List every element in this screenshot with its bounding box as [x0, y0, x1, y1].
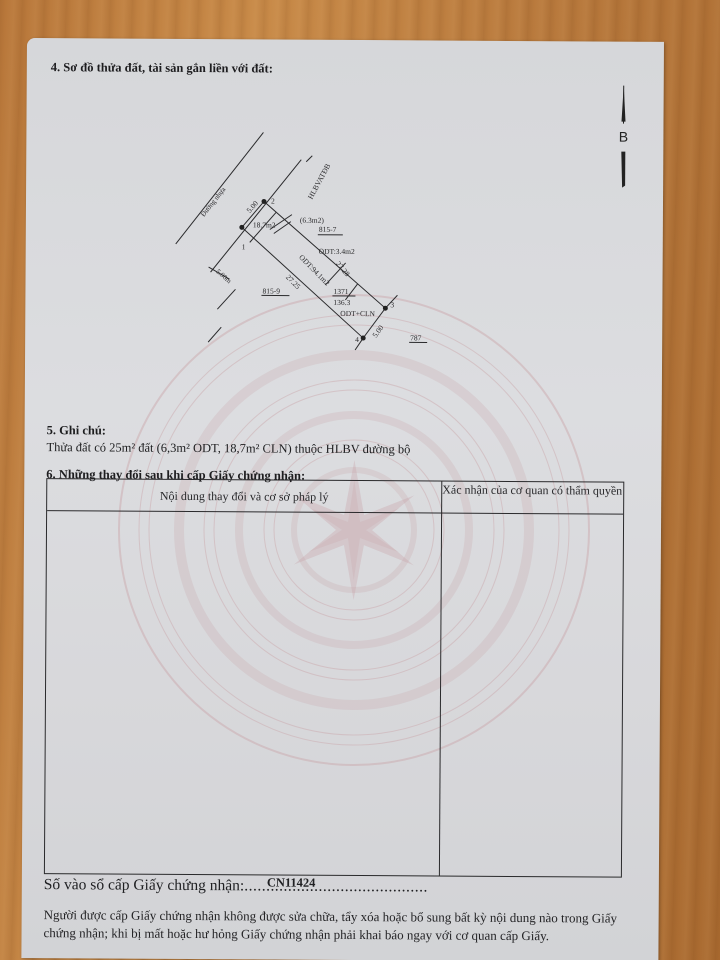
section-5-title: 5. Ghi chú:: [47, 423, 106, 438]
svg-text:5.00m: 5.00m: [214, 268, 233, 286]
svg-text:Đường nhựa: Đường nhựa: [199, 185, 228, 218]
certificate-warning: Người được cấp Giấy chứng nhận không đượ…: [43, 906, 643, 946]
registry-code: CN11424: [267, 875, 316, 890]
svg-text:1: 1: [242, 242, 246, 251]
svg-text:815-7: 815-7: [319, 225, 337, 234]
svg-text:(6.3m2): (6.3m2): [300, 216, 325, 225]
svg-text:18.7m2: 18.7m2: [253, 220, 276, 229]
changes-table: Nội dung thay đổi và cơ sở pháp lý Xác n…: [44, 478, 624, 878]
svg-text:136.3: 136.3: [333, 298, 350, 307]
svg-text:ODT:3.4m2: ODT:3.4m2: [319, 247, 355, 256]
registry-line: Số vào sổ cấp Giấy chứng nhận:..........…: [44, 876, 428, 896]
svg-text:787: 787: [410, 333, 422, 342]
svg-text:B: B: [619, 129, 628, 145]
svg-text:HLBVATĐB: HLBVATĐB: [306, 162, 332, 201]
north-arrow-icon: B: [613, 82, 634, 192]
svg-text:815-9: 815-9: [262, 286, 280, 295]
svg-text:4: 4: [355, 335, 359, 344]
column-header-change-content: Nội dung thay đổi và cơ sở pháp lý: [47, 488, 441, 505]
section-5-note: Thửa đất có 25m² đất (6,3m² ODT, 18,7m² …: [46, 440, 410, 457]
svg-text:2: 2: [271, 196, 275, 205]
svg-text:ODT+CLN: ODT+CLN: [340, 309, 375, 318]
land-certificate-page: 4. Sơ đồ thửa đất, tài sản gắn liền với …: [21, 38, 664, 960]
svg-text:27.28: 27.28: [334, 259, 352, 278]
table-column-divider: [439, 482, 442, 876]
table-header-divider: [47, 510, 623, 515]
parcel-diagram: Đường nhựa HLBVATĐB 5.00 2 18.7m2 (6.3m2…: [165, 129, 446, 361]
svg-text:1371: 1371: [333, 287, 348, 296]
section-4-title: 4. Sơ đồ thửa đất, tài sản gắn liền với …: [51, 60, 273, 76]
svg-text:3: 3: [390, 300, 394, 309]
column-header-authority-confirmation: Xác nhận của cơ quan có thẩm quyền: [441, 483, 623, 498]
svg-text:27.25: 27.25: [284, 273, 302, 292]
registry-label: Số vào sổ cấp Giấy chứng nhận:: [44, 876, 244, 894]
svg-text:5.00: 5.00: [245, 199, 261, 215]
